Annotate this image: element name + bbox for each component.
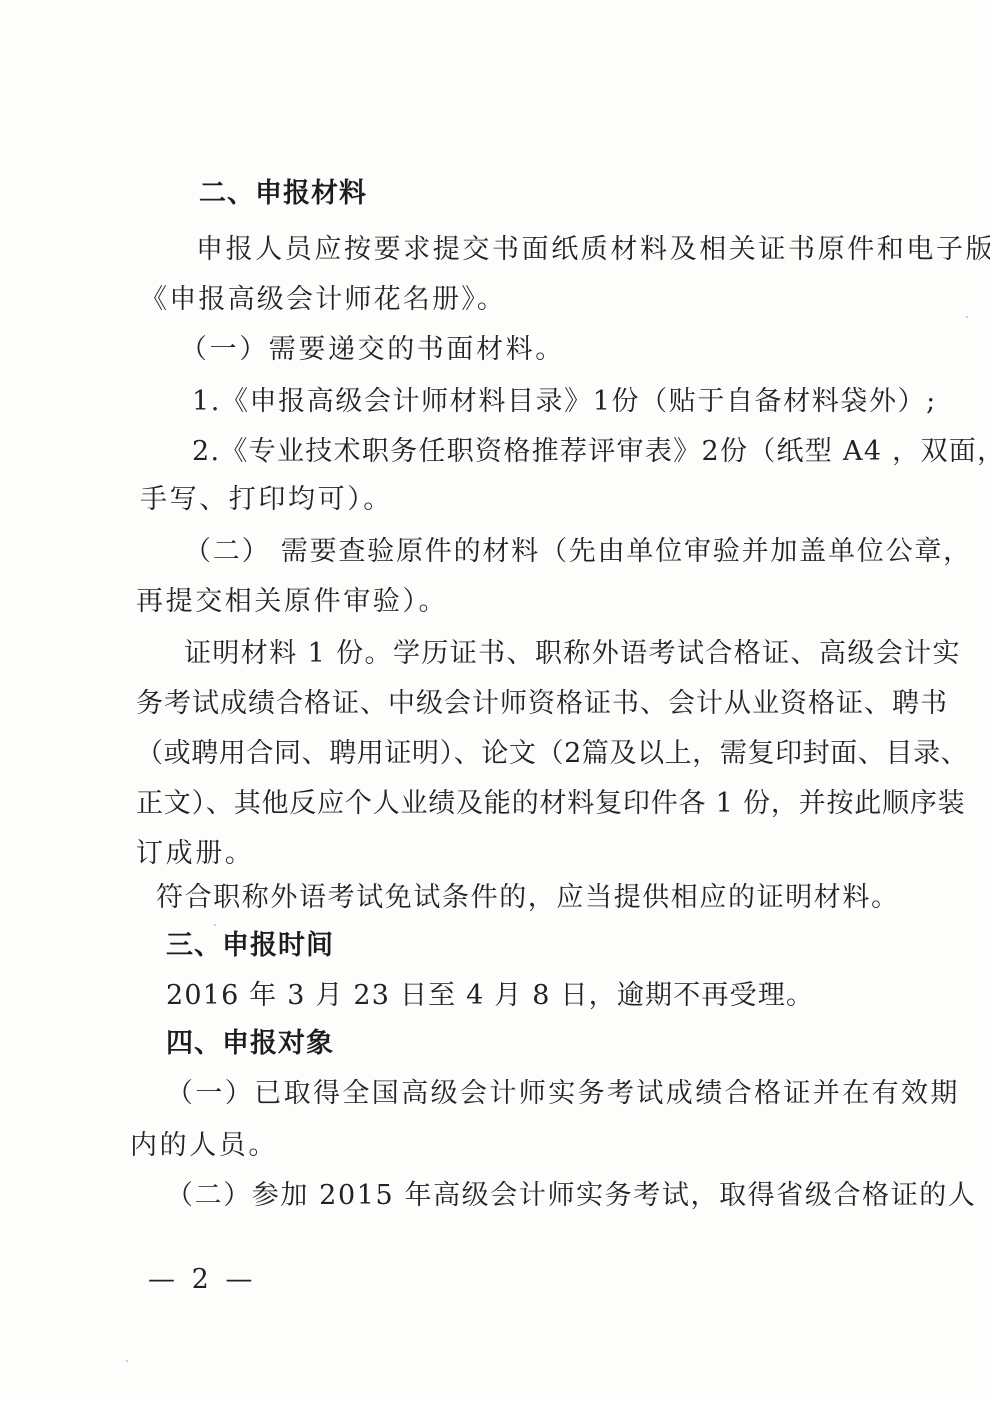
paragraph-line: 订成册。 [136,836,254,872]
document-page: 二、申报材料 申报人员应按要求提交书面纸质材料及相关证书原件和电子版 《申报高级… [0,0,990,1401]
paragraph-line: 正文）、其他反应个人业绩及能的材料复印件各 1 份，并按此顺序装 [136,786,965,822]
list-item-1: 1.《申报高级会计师材料目录》1份（贴于自备材料袋外）; [192,384,937,420]
subsection-heading-original-documents: （二） 需要查验原件的材料（先由单位审验并加盖单位公章， [184,534,972,570]
paragraph-line: 申报人员应按要求提交书面纸质材料及相关证书原件和电子版 [196,232,990,268]
list-item-2: 2.《专业技术职务任职资格推荐评审表》2份（纸型 A4 ，双面， [192,434,990,470]
application-period: 2016 年 3 月 23 日至 4 月 8 日，逾期不再受理。 [166,978,814,1014]
scan-speck [966,316,968,318]
paragraph-line: 证明材料 1 份。学历证书、职称外语考试合格证、高级会计实 [184,636,961,672]
eligibility-item-2: （二）参加 2015 年高级会计师实务考试，取得省级合格证的人 [166,1178,976,1214]
eligibility-item-1: （一）已取得全国高级会计师实务考试成绩合格证并在有效期 [166,1076,960,1112]
scan-speck [126,1360,128,1362]
paragraph-line: 《申报高级会计师花名册》。 [140,282,506,318]
paragraph-line: （或聘用合同、聘用证明）、论文（2篇及以上，需复印封面、目录、 [136,736,968,772]
page-number: — 2 — [148,1262,256,1298]
paragraph-line: 符合职称外语考试免试条件的，应当提供相应的证明材料。 [156,880,900,916]
subsection-heading-written-materials: （一）需要递交的书面材料。 [180,332,565,368]
section-heading-time: 三、申报时间 [166,928,334,964]
paragraph-line: 务考试成绩合格证、中级会计师资格证书、会计从业资格证、聘书 [136,686,948,722]
paragraph-line: 手写、打印均可）。 [140,482,393,518]
paragraph-line: 内的人员。 [130,1128,278,1164]
scan-speck [214,924,216,926]
paragraph-line: 再提交相关原件审验）。 [136,584,448,620]
section-heading-eligibility: 四、申报对象 [166,1026,334,1062]
section-heading-materials: 二、申报材料 [199,176,367,212]
